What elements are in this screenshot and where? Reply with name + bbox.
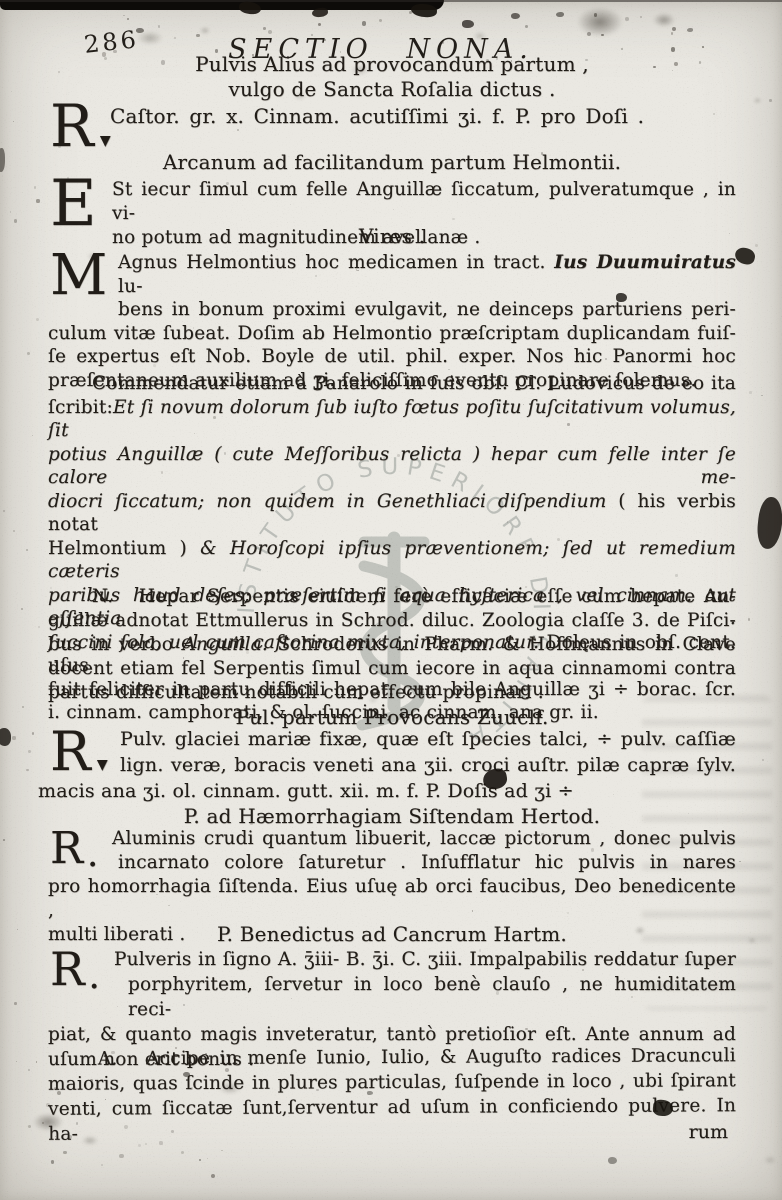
text-run: A. Accipe in menſe Iunio, Iulio, & Auguſ… [98, 1045, 736, 1069]
text-line: Helmontium ) & Horoſcopi ipſius præventi… [48, 537, 736, 584]
text-run: lign. veræ, boracis veneti ana ʒii. croc… [120, 754, 736, 776]
centered-heading: Arcanum ad facilitandum partum Helmontii… [48, 150, 736, 174]
text-line: lign. veræ, boracis veneti ana ʒii. croc… [48, 752, 736, 778]
text-run: Vires . [359, 224, 425, 248]
text-run: Aluminis crudi quantum libuerit, laccæ p… [112, 828, 736, 849]
text-line: Caſtor. gr. x. Cinnam. acutiſſimi ʒi. f.… [48, 104, 736, 128]
ink-stain [462, 20, 474, 28]
page-text: Pulvis Alius ad provocandum partum ,vulg… [0, 0, 782, 1200]
text-run: Anguilla. [183, 634, 269, 655]
ink-stain [511, 13, 520, 19]
text-line: partus difficultatem notabili cum effect… [48, 681, 736, 705]
text-line: Commendatur etiam à Panarolo in ſuis obſ… [48, 372, 736, 396]
text-run: ſe expertus eſt Nob. Boyle de util. phil… [48, 346, 736, 367]
text-line: Agnus Helmontius hoc medicamen in tract.… [48, 251, 736, 298]
text-line: incarnato colore ſaturetur . Inſufflatur… [48, 851, 736, 875]
text-run: docent etiam fel Serpentis ſimul cum iec… [48, 658, 736, 679]
text-run: potius Anguillæ ( cute Meſſoribus relict… [48, 444, 736, 489]
text-run: porphyritem, ſervetur in loco benè clauſ… [128, 974, 736, 1020]
paragraph-block: A. Accipe in menſe Iunio, Iulio, & Auguſ… [48, 1043, 737, 1147]
text-run: culum vitæ ſubeat. Doſim ab Helmontio pr… [48, 323, 736, 344]
scan-edge-line [0, 0, 782, 2]
text-run: Pulveris in ſigno A. ʒ̄iii- B. ʒ̄i. C. ʒ… [114, 949, 736, 970]
ink-stain [367, 1091, 373, 1095]
text-run: incarnato colore ſaturetur . Inſufflatur… [118, 852, 736, 873]
text-line: ſcribit:Et ſi novum dolorum ſub iuſto fœ… [48, 396, 736, 443]
text-line: N. Hepar Serpentis eiuſdem ferè efficaci… [48, 585, 736, 609]
text-line: bus in verbo Anguilla. Schroderus in Pha… [48, 633, 736, 657]
ink-stain [0, 728, 11, 746]
text-run: Caſtor. gr. x. Cinnam. acutiſſimi ʒi. f.… [110, 104, 644, 128]
text-line: A. Accipe in menſe Iunio, Iulio, & Auguſ… [48, 1043, 736, 1072]
text-run: ſcribit: [48, 397, 113, 418]
centered-heading: Pulvis Alius ad provocandum partum ,vulg… [48, 52, 736, 102]
text-line: potius Anguillæ ( cute Meſſoribus relict… [48, 443, 736, 490]
text-line: porphyritem, ſervetur in loco benè clauſ… [48, 972, 736, 1022]
text-line: docent etiam fel Serpentis ſimul cum iec… [48, 657, 736, 681]
text-line: P. ad Hæmorrhagiam Siſtendam Hertod. [48, 804, 736, 828]
ink-stain [136, 28, 144, 33]
text-line: Aluminis crudi quantum libuerit, laccæ p… [48, 827, 736, 851]
text-run: P. Benedictus ad Cancrum Hartm. [217, 922, 567, 946]
text-run: P. ad Hæmorrhagiam Siſtendam Hertod. [184, 804, 600, 828]
text-line: culum vitæ ſubeat. Doſim ab Helmontio pr… [48, 322, 736, 346]
text-line: St iecur ſimul cum felle Anguillæ ſiccat… [48, 178, 736, 226]
text-line: diocri ſiccatum; non quidem in Genethlia… [48, 490, 736, 537]
scanned-page: ISTITUTO SUPERIORE DI SANITA 286 SECTIO … [0, 0, 782, 1200]
text-run: bens in bonum proximi evulgavit, ne dein… [118, 299, 736, 320]
recipe-block: R▼Pulv. glaciei mariæ fixæ, quæ eſt ſpec… [48, 726, 736, 804]
text-line: P. Benedictus ad Cancrum Hartm. [48, 922, 736, 946]
text-line: Pulveris in ſigno A. ʒ̄iii- B. ʒ̄i. C. ʒ… [48, 947, 736, 972]
text-line: bens in bonum proximi evulgavit, ne dein… [48, 298, 736, 322]
text-run: Et ſi novum dolorum ſub iuſto fœtus poſi… [48, 397, 736, 442]
recipe-block: R▼Caſtor. gr. x. Cinnam. acutiſſimi ʒi. … [48, 104, 736, 128]
paragraph-block: N. Hepar Serpentis eiuſdem ferè efficaci… [48, 585, 736, 705]
text-run: vulgo de Sancta Roſalia dictus . [229, 77, 556, 101]
ink-stain [616, 293, 627, 302]
centered-heading: Vires . [48, 224, 736, 248]
centered-heading: P. ad Hæmorrhagiam Siſtendam Hertod. [48, 804, 736, 828]
text-line: maioris, quas ſcinde in plures particula… [48, 1068, 736, 1097]
text-run: piat, & quanto magis inveteratur, tantò … [48, 1024, 736, 1045]
text-run: guillæ adnotat Ettmullerus in Schrod. di… [48, 610, 736, 631]
text-run: Schroderus in Pharm. & Hoffmannus in Cla… [268, 634, 736, 655]
text-line: Arcanum ad facilitandum partum Helmontii… [48, 150, 736, 174]
text-line: macis ana ʒi. ol. cinnam. gutt. xii. m. … [38, 778, 736, 804]
paragraph-block: MAgnus Helmontius hoc medicamen in tract… [48, 251, 736, 392]
text-run: Helmontium ) [48, 538, 200, 559]
text-line: venti, cum ſiccatæ ſunt,ſerventur ad uſu… [48, 1093, 736, 1147]
centered-heading: P. Benedictus ad Cancrum Hartm. [48, 922, 736, 946]
text-line: vulgo de Sancta Roſalia dictus . [48, 77, 736, 102]
text-run: Pulv. glaciei mariæ fixæ, quæ eſt ſpecie… [120, 728, 736, 750]
text-run: Ius Duumuiratus [554, 252, 736, 273]
text-run: St iecur ſimul cum felle Anguillæ ſiccat… [112, 179, 736, 224]
text-line: Pulvis Alius ad provocandum partum , [48, 52, 736, 77]
ink-stain [556, 12, 564, 17]
text-line: guillæ adnotat Ettmullerus in Schrod. di… [48, 609, 736, 633]
text-line: Vires . [48, 224, 736, 248]
text-run: pro homorrhagia ſiſtenda. Eius uſuę ab o… [48, 876, 736, 921]
text-run: venti, cum ſiccatæ ſunt,ſerventur ad uſu… [48, 1095, 736, 1145]
text-line: pro homorrhagia ſiſtenda. Eius uſuę ab o… [48, 875, 736, 923]
text-run: lu- [118, 276, 143, 297]
text-run: partus difficultatem notabili cum effect… [48, 682, 544, 703]
text-line: ſe expertus eſt Nob. Boyle de util. phil… [48, 345, 736, 369]
ink-stain [608, 1157, 617, 1164]
ink-stain [183, 1072, 190, 1077]
drop-cap-mark-triangle: ▼ [100, 135, 111, 148]
text-run: maioris, quas ſcinde in plures particula… [48, 1070, 736, 1095]
text-run: Agnus Helmontius hoc medicamen in tract. [118, 252, 554, 273]
text-run: bus in verbo [48, 634, 183, 655]
text-line: Pulv. glaciei mariæ fixæ, quæ eſt ſpecie… [48, 726, 736, 752]
text-run: diocri ſiccatum; non quidem in Genethlia… [48, 491, 618, 512]
ink-stain [687, 28, 693, 32]
text-run: N. Hepar Serpentis eiuſdem ferè efficaci… [92, 586, 736, 607]
catchword: rum [689, 1121, 728, 1143]
text-run: Commendatur etiam à Panarolo in ſuis obſ… [92, 373, 736, 394]
text-run: Arcanum ad facilitandum partum Helmontii… [163, 150, 621, 174]
text-run: Pulvis Alius ad provocandum partum , [195, 52, 589, 76]
